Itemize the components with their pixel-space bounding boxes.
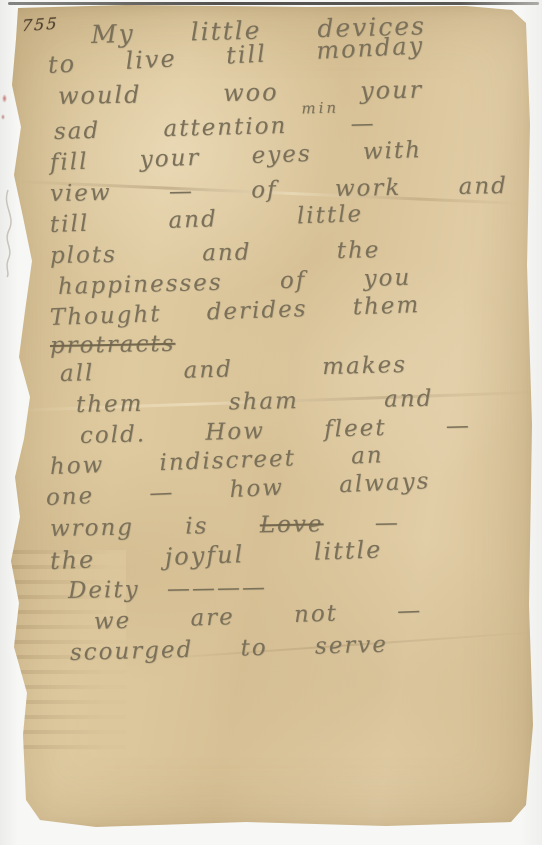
- scan-background: 755 My little devicesto live till monday…: [0, 0, 542, 845]
- line-text: them sham and: [76, 386, 434, 418]
- line-text: —: [323, 510, 400, 537]
- handwritten-line: would woo your: [58, 74, 537, 113]
- struck-word: protracts: [50, 331, 176, 359]
- line-text: plots and the: [50, 237, 381, 269]
- struck-word: Love: [260, 511, 324, 538]
- handwritten-text: My little devicesto live till mondaywoul…: [6, 20, 537, 671]
- paper-edge-speck: [1, 114, 5, 120]
- line-text: Deity ————: [68, 575, 267, 604]
- paper-edge-speck: [2, 94, 7, 103]
- manuscript-paper: 755 My little devicesto live till monday…: [6, 5, 537, 831]
- line-text: wrong is: [50, 512, 260, 542]
- line-text: would woo your: [58, 76, 424, 110]
- inserted-word: min: [301, 99, 339, 118]
- scan-edge-artifact: [8, 2, 539, 5]
- paper-fiber-thread: [0, 188, 22, 278]
